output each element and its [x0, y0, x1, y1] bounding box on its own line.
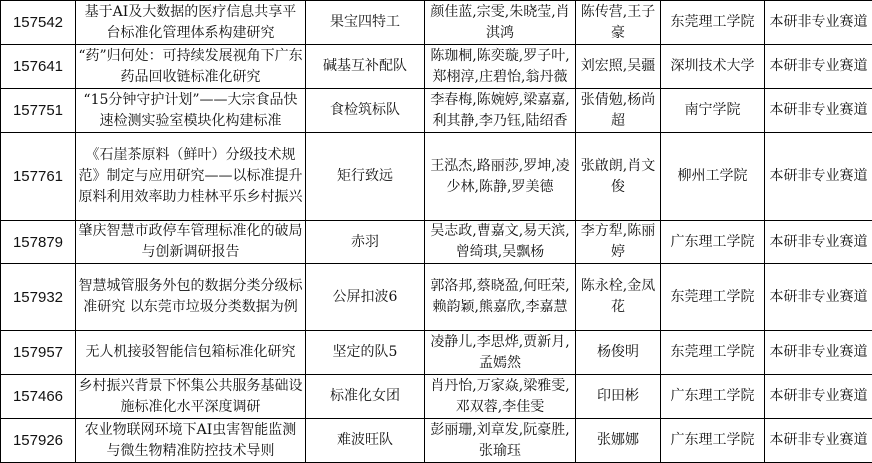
project-title: 无人机接驳智能信包箱标准化研究	[76, 331, 306, 375]
school: 东莞理工学院	[661, 264, 765, 331]
advisors: 刘宏照,吴疆	[576, 45, 661, 89]
table-row: 157932 智慧城管服务外包的数据分类分级标准研究 以东莞市垃圾分类数据为例 …	[1, 264, 872, 331]
advisors: 印田彬	[576, 375, 661, 419]
advisors: 张倩勉,杨尚超	[576, 89, 661, 133]
advisors: 张娜娜	[576, 419, 661, 463]
track: 本研非专业赛道	[765, 375, 872, 419]
team-name: 矩行致远	[306, 133, 425, 221]
track: 本研非专业赛道	[765, 133, 872, 221]
table-row: 157751 “15分钟守护计划”——大宗食品快速检测实验室模块化构建标准 食检…	[1, 89, 872, 133]
team-name: 难波旺队	[306, 419, 425, 463]
table-row: 157879 肇庆智慧市政停车管理标准化的破局与创新调研报告 赤羽 吴志政,曹嘉…	[1, 221, 872, 264]
team-members: 郭洛邦,蔡晓盈,何旺荣,赖韵颖,熊嘉欣,李嘉慧	[425, 264, 576, 331]
team-members: 肖丹怡,万家焱,梁雅雯,邓双蓉,李佳雯	[425, 375, 576, 419]
team-name: 食检筑标队	[306, 89, 425, 133]
team-name: 碱基互补配队	[306, 45, 425, 89]
school: 深圳技术大学	[661, 45, 765, 89]
track: 本研非专业赛道	[765, 264, 872, 331]
track: 本研非专业赛道	[765, 89, 872, 133]
school: 广东理工学院	[661, 375, 765, 419]
team-name: 标准化女团	[306, 375, 425, 419]
school: 东莞理工学院	[661, 1, 765, 45]
school: 南宁学院	[661, 89, 765, 133]
advisors: 陈永栓,金凤花	[576, 264, 661, 331]
track: 本研非专业赛道	[765, 331, 872, 375]
track: 本研非专业赛道	[765, 45, 872, 89]
project-title: 乡村振兴背景下怀集公共服务基础设施标准化水平深度调研	[76, 375, 306, 419]
track: 本研非专业赛道	[765, 1, 872, 45]
team-name: 公屏扣波6	[306, 264, 425, 331]
entry-id: 157641	[1, 45, 76, 89]
team-members: 王泓杰,路丽莎,罗坤,凌少林,陈静,罗美德	[425, 133, 576, 221]
entry-id: 157932	[1, 264, 76, 331]
project-title: 肇庆智慧市政停车管理标准化的破局与创新调研报告	[76, 221, 306, 264]
entry-id: 157466	[1, 375, 76, 419]
competition-entries-table: 157542 基于AI及大数据的医疗信息共享平台标准化管理体系构建研究 果宝四特…	[0, 0, 872, 463]
table-row: 157542 基于AI及大数据的医疗信息共享平台标准化管理体系构建研究 果宝四特…	[1, 1, 872, 45]
project-title: “15分钟守护计划”——大宗食品快速检测实验室模块化构建标准	[76, 89, 306, 133]
project-title: 智慧城管服务外包的数据分类分级标准研究 以东莞市垃圾分类数据为例	[76, 264, 306, 331]
advisors: 李方犁,陈丽婷	[576, 221, 661, 264]
school: 东莞理工学院	[661, 331, 765, 375]
track: 本研非专业赛道	[765, 221, 872, 264]
entry-id: 157751	[1, 89, 76, 133]
project-title: “药”归何处：可持续发展视角下广东药品回收链标准化研究	[76, 45, 306, 89]
track: 本研非专业赛道	[765, 419, 872, 463]
advisors: 杨俊明	[576, 331, 661, 375]
team-members: 凌静儿,李思烨,贾新月,孟嫣然	[425, 331, 576, 375]
advisors: 陈传营,王子豪	[576, 1, 661, 45]
team-members: 吴志政,曹嘉文,易天滨,曾绮琪,吴飘杨	[425, 221, 576, 264]
entry-id: 157761	[1, 133, 76, 221]
team-name: 果宝四特工	[306, 1, 425, 45]
team-name: 赤羽	[306, 221, 425, 264]
entry-id: 157926	[1, 419, 76, 463]
table-row: 157466 乡村振兴背景下怀集公共服务基础设施标准化水平深度调研 标准化女团 …	[1, 375, 872, 419]
table-row: 157926 农业物联网环境下AI虫害智能监测与微生物精准防控技术导则 难波旺队…	[1, 419, 872, 463]
table-row: 157761 《石崖茶原料（鲜叶）分级技术规范》制定与应用研究——以标准提升原料…	[1, 133, 872, 221]
school: 广东理工学院	[661, 419, 765, 463]
team-name: 坚定的队5	[306, 331, 425, 375]
table-row: 157957 无人机接驳智能信包箱标准化研究 坚定的队5 凌静儿,李思烨,贾新月…	[1, 331, 872, 375]
project-title: 基于AI及大数据的医疗信息共享平台标准化管理体系构建研究	[76, 1, 306, 45]
project-title: 《石崖茶原料（鲜叶）分级技术规范》制定与应用研究——以标准提升原料利用效率助力桂…	[76, 133, 306, 221]
project-title: 农业物联网环境下AI虫害智能监测与微生物精准防控技术导则	[76, 419, 306, 463]
school: 柳州工学院	[661, 133, 765, 221]
entry-id: 157879	[1, 221, 76, 264]
table-row: 157641 “药”归何处：可持续发展视角下广东药品回收链标准化研究 碱基互补配…	[1, 45, 872, 89]
entry-id: 157957	[1, 331, 76, 375]
entry-id: 157542	[1, 1, 76, 45]
advisors: 张啟朗,肖文俊	[576, 133, 661, 221]
team-members: 李春梅,陈婉婷,梁嘉嘉,利其静,李乃钰,陆绍香	[425, 89, 576, 133]
team-members: 彭丽珊,刘章发,阮豪胜,张瑜珏	[425, 419, 576, 463]
team-members: 颜佳蓝,宗雯,朱晓莹,肖淇鸿	[425, 1, 576, 45]
school: 广东理工学院	[661, 221, 765, 264]
team-members: 陈珈桐,陈奕璇,罗子叶,郑栩淳,庄碧怡,翁丹薇	[425, 45, 576, 89]
